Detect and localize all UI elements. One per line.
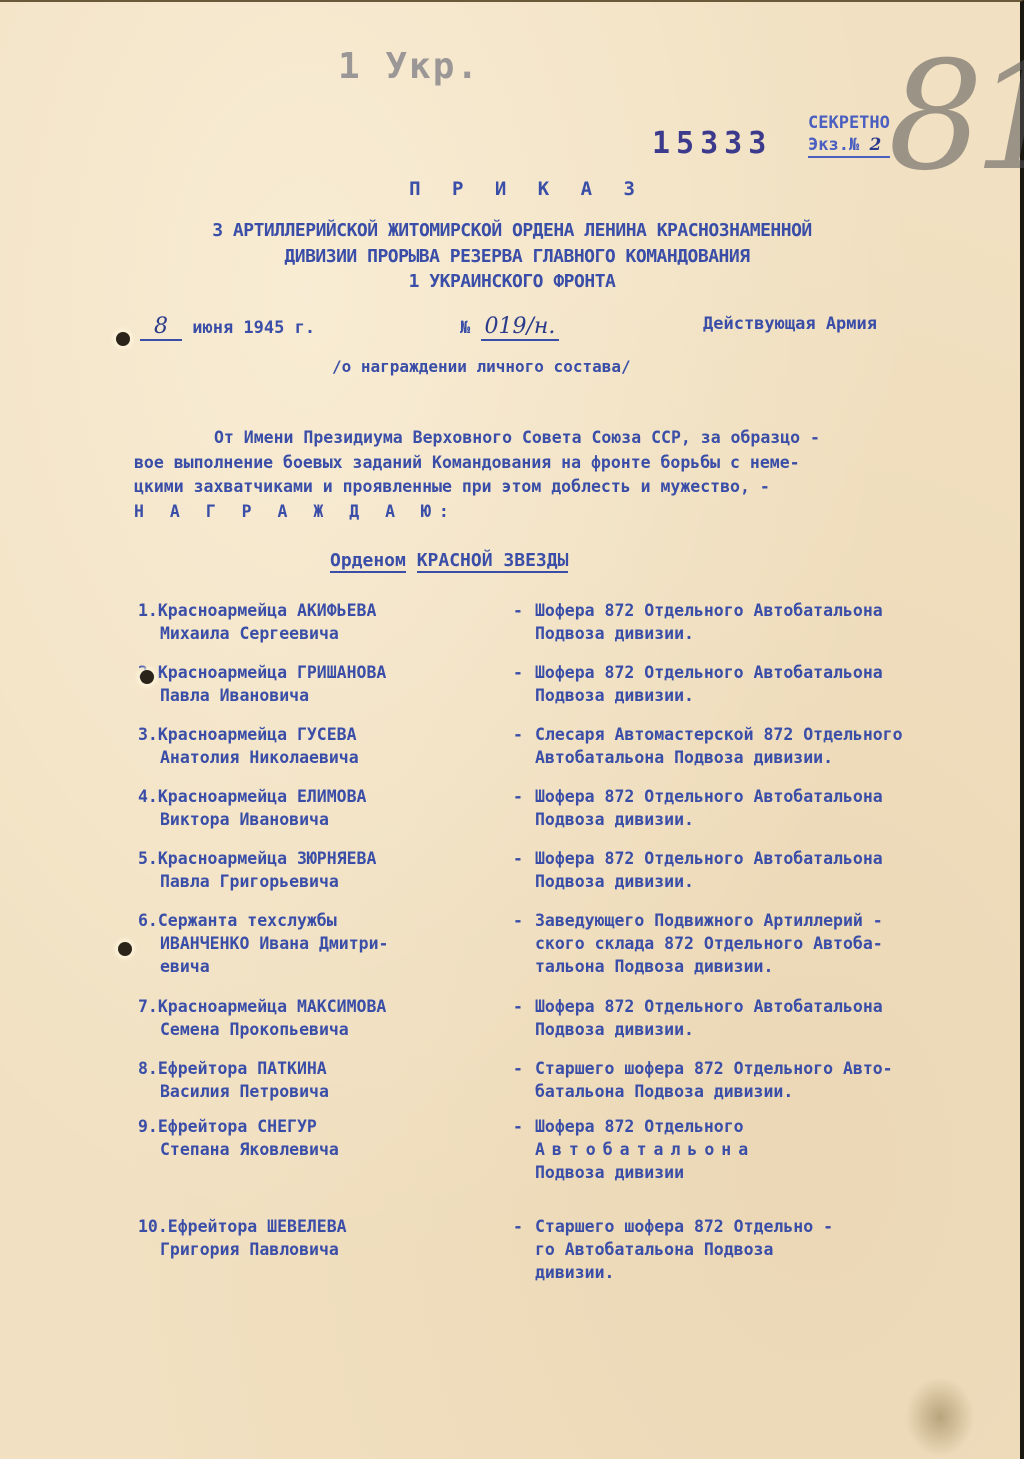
awardee-rank-surname: 8.Ефрейтора ПАТКИНА — [138, 1057, 513, 1080]
punch-hole — [118, 942, 132, 956]
awardee-position-cont: дивизии. — [513, 1261, 1018, 1284]
awardee-entry: 10.Ефрейтора ШЕВЕЛЕВАГригория Павловича … — [138, 1215, 1018, 1295]
copy-number-line: Экз.№ 2 — [808, 134, 890, 158]
order-number: № 019/н. — [460, 314, 559, 341]
awardee-entry: 7.Красноармейца МАКСИМОВАСемена Прокопье… — [138, 995, 1018, 1057]
awardee-position-cont: Подвоза дивизии — [513, 1161, 1018, 1184]
awardee-given-names: Григория Павловича — [138, 1238, 513, 1261]
awardee-given-names: Павла Григорьевича — [138, 870, 513, 893]
awardee-position-cont: Подвоза дивизии. — [513, 684, 1018, 707]
order-month-year: июня 1945 г. — [192, 318, 315, 338]
awardee-entry: 1.Красноармейца АКИФЬЕВАМихаила Сергееви… — [138, 599, 1018, 661]
awardee-rank-surname: 1.Красноармейца АКИФЬЕВА — [138, 599, 513, 622]
awardee-rank-surname: 10.Ефрейтора ШЕВЕЛЕВА — [138, 1215, 513, 1238]
copy-number: 2 — [869, 135, 881, 155]
awardee-entry: 3.Красноармейца ГУСЕВААнатолия Николаеви… — [138, 723, 1018, 785]
awardee-rank-surname: 7.Красноармейца МАКСИМОВА — [138, 995, 513, 1018]
unit-name-line-3: 1 УКРАИНСКОГО ФРОНТА — [0, 271, 1024, 292]
order-heading-prefix: Орденом — [330, 550, 406, 573]
unit-name-line-2: ДИВИЗИИ ПРОРЫВА РЕЗЕРВА ГЛАВНОГО КОМАНДО… — [0, 246, 1024, 267]
awardee-entry: 6.Сержанта техслужбыИВАНЧЕНКО Ивана Дмит… — [138, 909, 1018, 995]
punch-hole — [116, 332, 130, 346]
preamble-line: цкими захватчиками и проявленные при это… — [134, 475, 964, 500]
awardee-position: Шофера 872 Отдельного Автобатальона — [535, 663, 883, 682]
order-number-label: № — [460, 318, 470, 338]
awardee-position: Заведующего Подвижного Артиллерий - — [535, 911, 883, 930]
awardee-entry: 4.Красноармейца ЕЛИМОВАВиктора Ивановича… — [138, 785, 1018, 847]
awardee-position: Слесаря Автомастерской 872 Отдельного — [535, 725, 903, 744]
awardee-position: Шофера 872 Отдельного — [535, 1117, 744, 1136]
awardee-position: Шофера 872 Отдельного Автобатальона — [535, 997, 883, 1016]
copy-label: Экз.№ — [808, 135, 859, 155]
awardee-given-names: Павла Ивановича — [138, 684, 513, 707]
awardee-position-cont: батальона Подвоза дивизии. — [513, 1080, 1018, 1103]
awardee-position-cont: Подвоза дивизии. — [513, 808, 1018, 831]
secrecy-stamp: СЕКРЕТНО Экз.№ 2 — [808, 112, 890, 158]
preamble-line: вое выполнение боевых заданий Командован… — [134, 451, 964, 476]
awardee-rank-surname: 2.Красноармейца ГРИШАНОВА — [138, 661, 513, 684]
awardee-position: Старшего шофера 872 Отдельно - — [535, 1217, 833, 1236]
secrecy-label: СЕКРЕТНО — [808, 112, 890, 134]
awardee-given-names: Семена Прокопьевича — [138, 1018, 513, 1041]
awardee-position-cont: Подвоза дивизии. — [513, 870, 1018, 893]
awardee-position: Шофера 872 Отдельного Автобатальона — [535, 849, 883, 868]
award-declaration: Н А Г Р А Ж Д А Ю: — [134, 500, 964, 525]
awardee-list: 1.Красноармейца АКИФЬЕВАМихаила Сергееви… — [138, 599, 1018, 1295]
awardee-position-cont: Автобатальона — [513, 1138, 1018, 1161]
awardee-rank-surname: 4.Красноармейца ЕЛИМОВА — [138, 785, 513, 808]
awardee-rank-surname: 9.Ефрейтора СНЕГУР — [138, 1115, 513, 1138]
order-number-value: 019/н. — [481, 314, 560, 341]
awardee-entry: 5.Красноармейца ЗЮРНЯЕВАПавла Григорьеви… — [138, 847, 1018, 909]
awardee-rank-surname: 6.Сержанта техслужбы — [138, 909, 513, 932]
awardee-position: Старшего шофера 872 Отдельного Авто- — [535, 1059, 893, 1078]
order-subject: /о награждении личного состава/ — [332, 357, 631, 376]
awardee-position-cont: Автобатальона Подвоза дивизии. — [513, 746, 1018, 769]
unit-name-line-1: 3 АРТИЛЛЕРИЙСКОЙ ЖИТОМИРСКОЙ ОРДЕНА ЛЕНИ… — [0, 220, 1024, 241]
punch-hole — [140, 670, 154, 684]
awardee-rank-surname: 5.Красноармейца ЗЮРНЯЕВА — [138, 847, 513, 870]
awardee-position: Шофера 872 Отдельного Автобатальона — [535, 601, 883, 620]
awardee-position: Шофера 872 Отдельного Автобатальона — [535, 787, 883, 806]
awardee-given-names-cont: евича — [138, 955, 513, 978]
awardee-given-names: Анатолия Николаевича — [138, 746, 513, 769]
document-title: П Р И К А З — [0, 178, 1024, 200]
awardee-given-names: Михаила Сергеевича — [138, 622, 513, 645]
order-heading-name: КРАСНОЙ ЗВЕЗДЫ — [417, 550, 569, 573]
awardee-entry: 8.Ефрейтора ПАТКИНАВасилия Петровича -Ст… — [138, 1057, 1018, 1115]
preamble-line: От Имени Президиума Верховного Совета Со… — [134, 426, 964, 451]
order-date: 8 июня 1945 г. — [140, 314, 315, 341]
awardee-given-names: Виктора Ивановича — [138, 808, 513, 831]
awardee-position-cont: го Автобатальона Подвоза — [513, 1238, 1018, 1261]
awardee-position-cont: тальона Подвоза дивизии. — [513, 955, 1018, 978]
water-stain — [905, 1377, 975, 1457]
document-page: 1 Укр. 81 15333 СЕКРЕТНО Экз.№ 2 П Р И К… — [0, 0, 1024, 1459]
faded-stamp: 1 Укр. — [338, 46, 480, 87]
order-day: 8 — [140, 314, 182, 341]
awardee-rank-surname: 3.Красноармейца ГУСЕВА — [138, 723, 513, 746]
awardee-entry: 2.Красноармейца ГРИШАНОВАПавла Ивановича… — [138, 661, 1018, 723]
preamble: От Имени Президиума Верховного Совета Со… — [134, 426, 964, 524]
awardee-given-names: Василия Петровича — [138, 1080, 513, 1103]
registration-number-stamp: 15333 — [652, 126, 772, 161]
awardee-position-cont: Подвоза дивизии. — [513, 622, 1018, 645]
awardee-position-cont: ского склада 872 Отдельного Автоба- — [513, 932, 1018, 955]
order-heading: Орденом КРАСНОЙ ЗВЕЗДЫ — [330, 550, 568, 571]
awardee-given-names: ИВАНЧЕНКО Ивана Дмитри- — [138, 932, 513, 955]
awardee-given-names: Степана Яковлевича — [138, 1138, 513, 1161]
awardee-entry: 9.Ефрейтора СНЕГУРСтепана Яковлевича -Шо… — [138, 1115, 1018, 1215]
order-location: Действующая Армия — [703, 314, 877, 334]
awardee-position-cont: Подвоза дивизии. — [513, 1018, 1018, 1041]
